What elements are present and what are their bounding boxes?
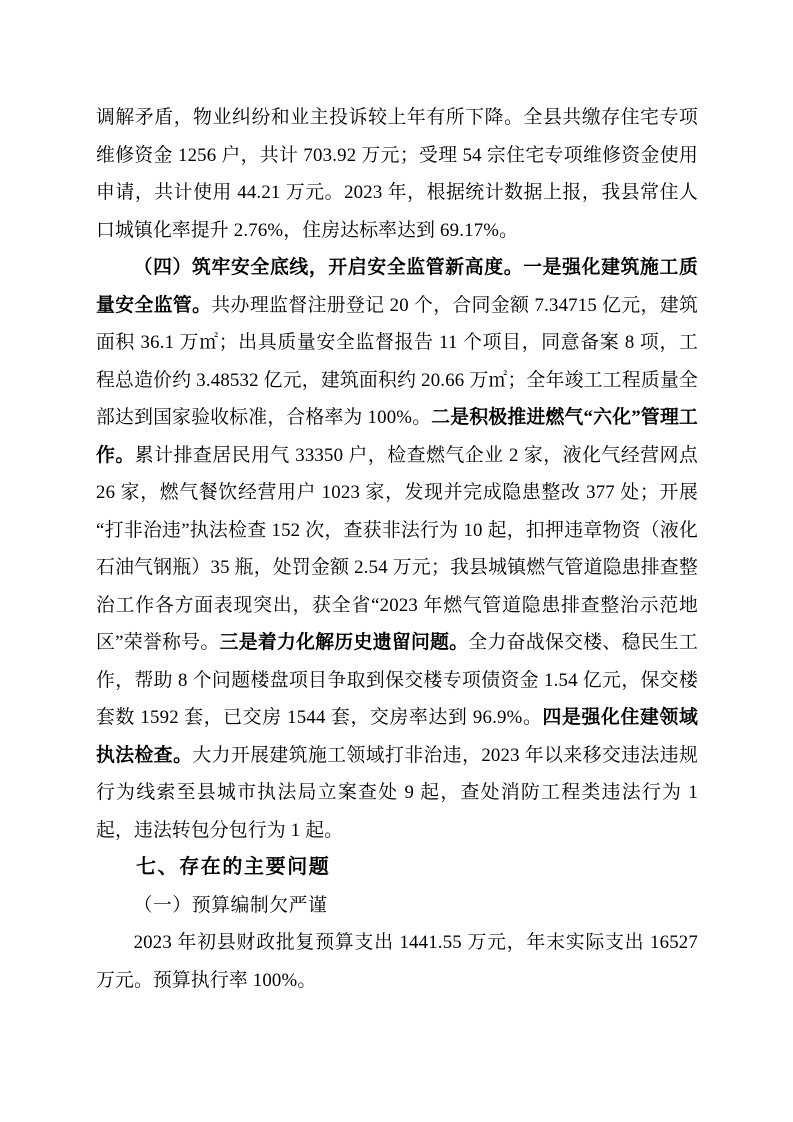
- document-content: 调解矛盾，物业纠纷和业主投诉较上年有所下降。全县共缴存住宅专项维修资金 1256…: [96, 99, 698, 999]
- para-housing-maintenance-stats: 调解矛盾，物业纠纷和业主投诉较上年有所下降。全县共缴存住宅专项维修资金 1256…: [96, 99, 698, 249]
- para-section4-safety-supervision: （四）筑牢安全底线，开启安全监管新高度。一是强化建筑施工质量安全监管。共办理监督…: [96, 249, 698, 849]
- document-page: 调解矛盾，物业纠纷和业主投诉较上年有所下降。全县共缴存住宅专项维修资金 1256…: [0, 0, 793, 1122]
- text-run: 2023 年初县财政批复预算支出 1441.55 万元，年末实际支出 16527…: [96, 932, 698, 991]
- para-budget-execution: 2023 年初县财政批复预算支出 1441.55 万元，年末实际支出 16527…: [96, 924, 698, 999]
- bold-text-run: （四）筑牢安全底线，开启安全监管新高度。: [134, 257, 524, 278]
- heading-section7-main-problems: 七、存在的主要问题: [96, 849, 698, 887]
- bold-text-run: 三是着力化解历史遗留问题。: [220, 632, 469, 653]
- text-run: 调解矛盾，物业纠纷和业主投诉较上年有所下降。全县共缴存住宅专项维修资金 1256…: [96, 107, 698, 241]
- bold-text-run: 七、存在的主要问题: [136, 856, 330, 878]
- text-run: （一）预算编制欠严谨: [134, 895, 328, 916]
- text-run: 累计排查居民用气 33350 户，检查燃气企业 2 家，液化气经营网点 26 家…: [96, 445, 698, 654]
- heading-subsection1-budget-preparation: （一）预算编制欠严谨: [96, 887, 698, 925]
